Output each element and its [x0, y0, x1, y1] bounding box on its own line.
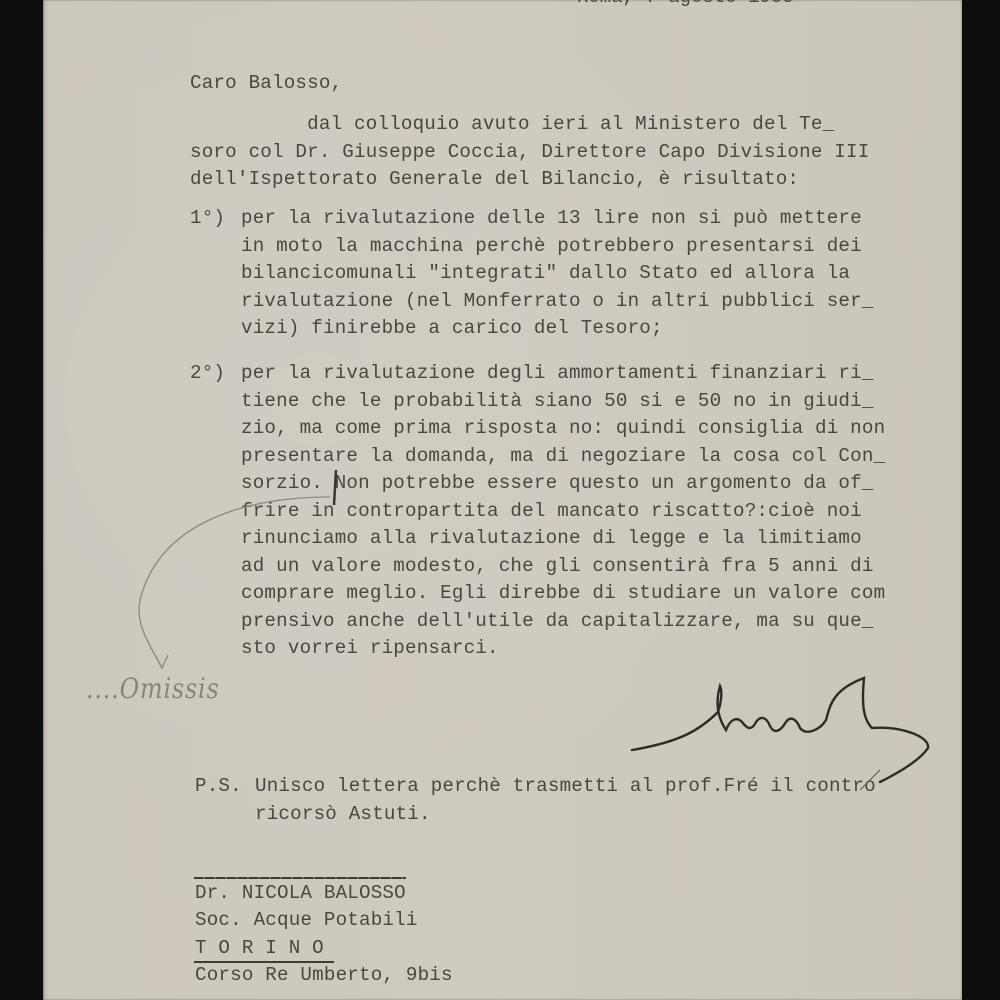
- recipient-company: Soc. Acque Potabili: [195, 909, 418, 931]
- intro-line: dell'Ispettorato Generale del Bilancio, …: [190, 168, 799, 190]
- postscript-line: Unisco lettera perchè trasmetti al prof.…: [255, 775, 876, 797]
- item-1-text: per la rivalutazione delle 13 lire non s…: [241, 205, 874, 343]
- recipient-city: T O R I N O: [195, 937, 324, 959]
- item-line: rivalutazione (nel Monferrato o in altri…: [241, 290, 874, 312]
- item-2-number: 2°): [190, 360, 225, 388]
- item-line: sorzio. Non potrebbe essere questo un ar…: [241, 472, 874, 494]
- item-line: frire in contropartita del mancato risca…: [241, 500, 862, 522]
- item-line: sto vorrei ripensarci.: [241, 637, 499, 659]
- city-underline: [194, 961, 334, 963]
- recipient-name: Dr. NICOLA BALOSSO: [195, 882, 406, 904]
- item-line: per la rivalutazione delle 13 lire non s…: [241, 207, 862, 229]
- item-line: ad un valore modesto, che gli consentirà…: [241, 555, 874, 577]
- date-line: Roma, 7 agosto 1955: [577, 0, 794, 8]
- item-line: in moto la macchina perchè potrebbero pr…: [241, 235, 862, 257]
- item-1-number: 1°): [190, 205, 225, 233]
- postscript-line: ricorsò Astuti.: [255, 803, 431, 825]
- salutation: Caro Balosso,: [190, 70, 342, 98]
- postscript-text: Unisco lettera perchè trasmetti al prof.…: [255, 773, 876, 828]
- postscript-label: P.S.: [195, 773, 242, 801]
- address-divider: [194, 877, 406, 879]
- item-line: comprare meglio. Egli direbbe di studiar…: [241, 582, 885, 604]
- item-line: vizi) finirebbe a carico del Tesoro;: [241, 317, 663, 339]
- item-line: zio, ma come prima risposta no: quindi c…: [241, 417, 885, 439]
- intro-line: soro col Dr. Giuseppe Coccia, Direttore …: [190, 141, 869, 163]
- item-line: per la rivalutazione degli ammortamenti …: [241, 362, 874, 384]
- item-line: presentare la domanda, ma di negoziare l…: [241, 445, 885, 467]
- recipient-street: Corso Re Umberto, 9bis: [195, 964, 453, 986]
- recipient-address: Dr. NICOLA BALOSSO Soc. Acque Potabili T…: [195, 880, 453, 989]
- handwritten-omissis-note: ....Omissis: [86, 672, 220, 705]
- item-line: rinunciamo alla rivalutazione di legge e…: [241, 527, 862, 549]
- intro-paragraph: dal colloquio avuto ieri al Ministero de…: [190, 111, 869, 194]
- item-line: prensivo anche dell'utile da capitalizza…: [241, 610, 874, 632]
- item-line: tiene che le probabilità siano 50 si e 5…: [241, 390, 874, 412]
- item-2-text: per la rivalutazione degli ammortamenti …: [241, 360, 885, 663]
- intro-line: dal colloquio avuto ieri al Ministero de…: [190, 113, 834, 135]
- item-line: bilancicomunali "integrati" dallo Stato …: [241, 262, 850, 284]
